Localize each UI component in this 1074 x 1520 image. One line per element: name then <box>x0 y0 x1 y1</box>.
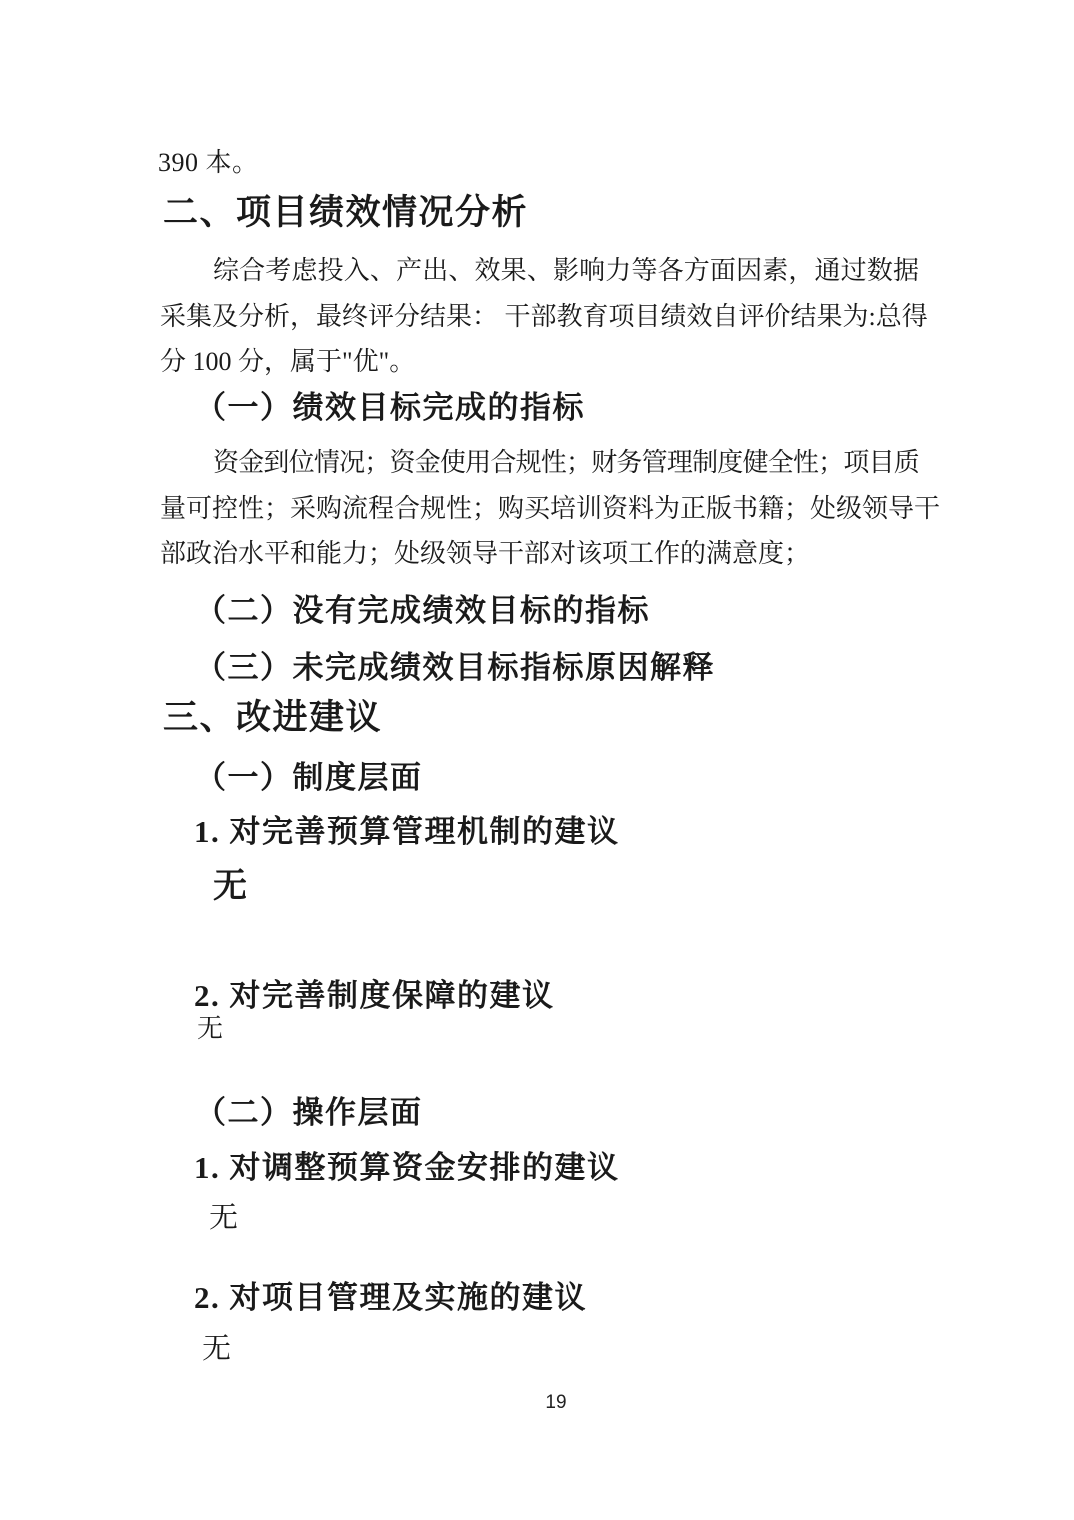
section-2-heading: 二、项目绩效情况分析 <box>163 193 528 233</box>
paragraph-line: 资金到位情况；资金使用合规性；财务管理制度健全性；项目质 <box>160 440 919 486</box>
budget-arrangement-item-label: 1. 对调整预算资金安排的建议 <box>194 1150 620 1186</box>
paragraph-line: 综合考虑投入、产出、效果、影响力等各方面因素，通过数据 <box>160 248 919 294</box>
institution-guarantee-item-answer: 无 <box>197 1014 223 1044</box>
page-number: 19 <box>0 1392 1074 1415</box>
institution-level-heading: （一）制度层面 <box>195 760 423 796</box>
document-page: 390 本。 二、项目绩效情况分析 综合考虑投入、产出、效果、影响力等各方面因素… <box>0 0 1074 1520</box>
subsection-uncompleted-indicators-heading: （二）没有完成绩效目标的指标 <box>195 593 650 629</box>
paragraph-line: 部政治水平和能力；处级领导干部对该项工作的满意度； <box>160 531 919 577</box>
paragraph-line: 量可控性；采购流程合规性；购买培训资料为正版书籍；处级领导干 <box>160 486 919 532</box>
operation-level-heading: （二）操作层面 <box>195 1095 423 1131</box>
paragraph-line: 采集及分析，最终评分结果： 干部教育项目绩效自评价结果为:总得 <box>160 294 919 340</box>
paragraph-line: 分 100 分，属于"优"。 <box>160 339 919 385</box>
project-management-item-label: 2. 对项目管理及实施的建议 <box>194 1280 587 1316</box>
subsection-reason-explanation-heading: （三）未完成绩效目标指标原因解释 <box>195 650 715 686</box>
subsection-completed-indicators-heading: （一）绩效目标完成的指标 <box>195 390 585 426</box>
project-management-item-answer: 无 <box>202 1333 231 1366</box>
section-3-heading: 三、改进建议 <box>163 698 382 738</box>
analysis-paragraph: 综合考虑投入、产出、效果、影响力等各方面因素，通过数据 采集及分析，最终评分结果… <box>160 248 919 385</box>
indicators-paragraph: 资金到位情况；资金使用合规性；财务管理制度健全性；项目质 量可控性；采购流程合规… <box>160 440 919 577</box>
budget-arrangement-item-answer: 无 <box>209 1202 238 1235</box>
carryover-text: 390 本。 <box>158 146 259 180</box>
budget-mechanism-item-label: 1. 对完善预算管理机制的建议 <box>194 814 620 850</box>
budget-mechanism-item-answer: 无 <box>213 867 247 906</box>
institution-guarantee-item-label: 2. 对完善制度保障的建议 <box>194 978 555 1014</box>
